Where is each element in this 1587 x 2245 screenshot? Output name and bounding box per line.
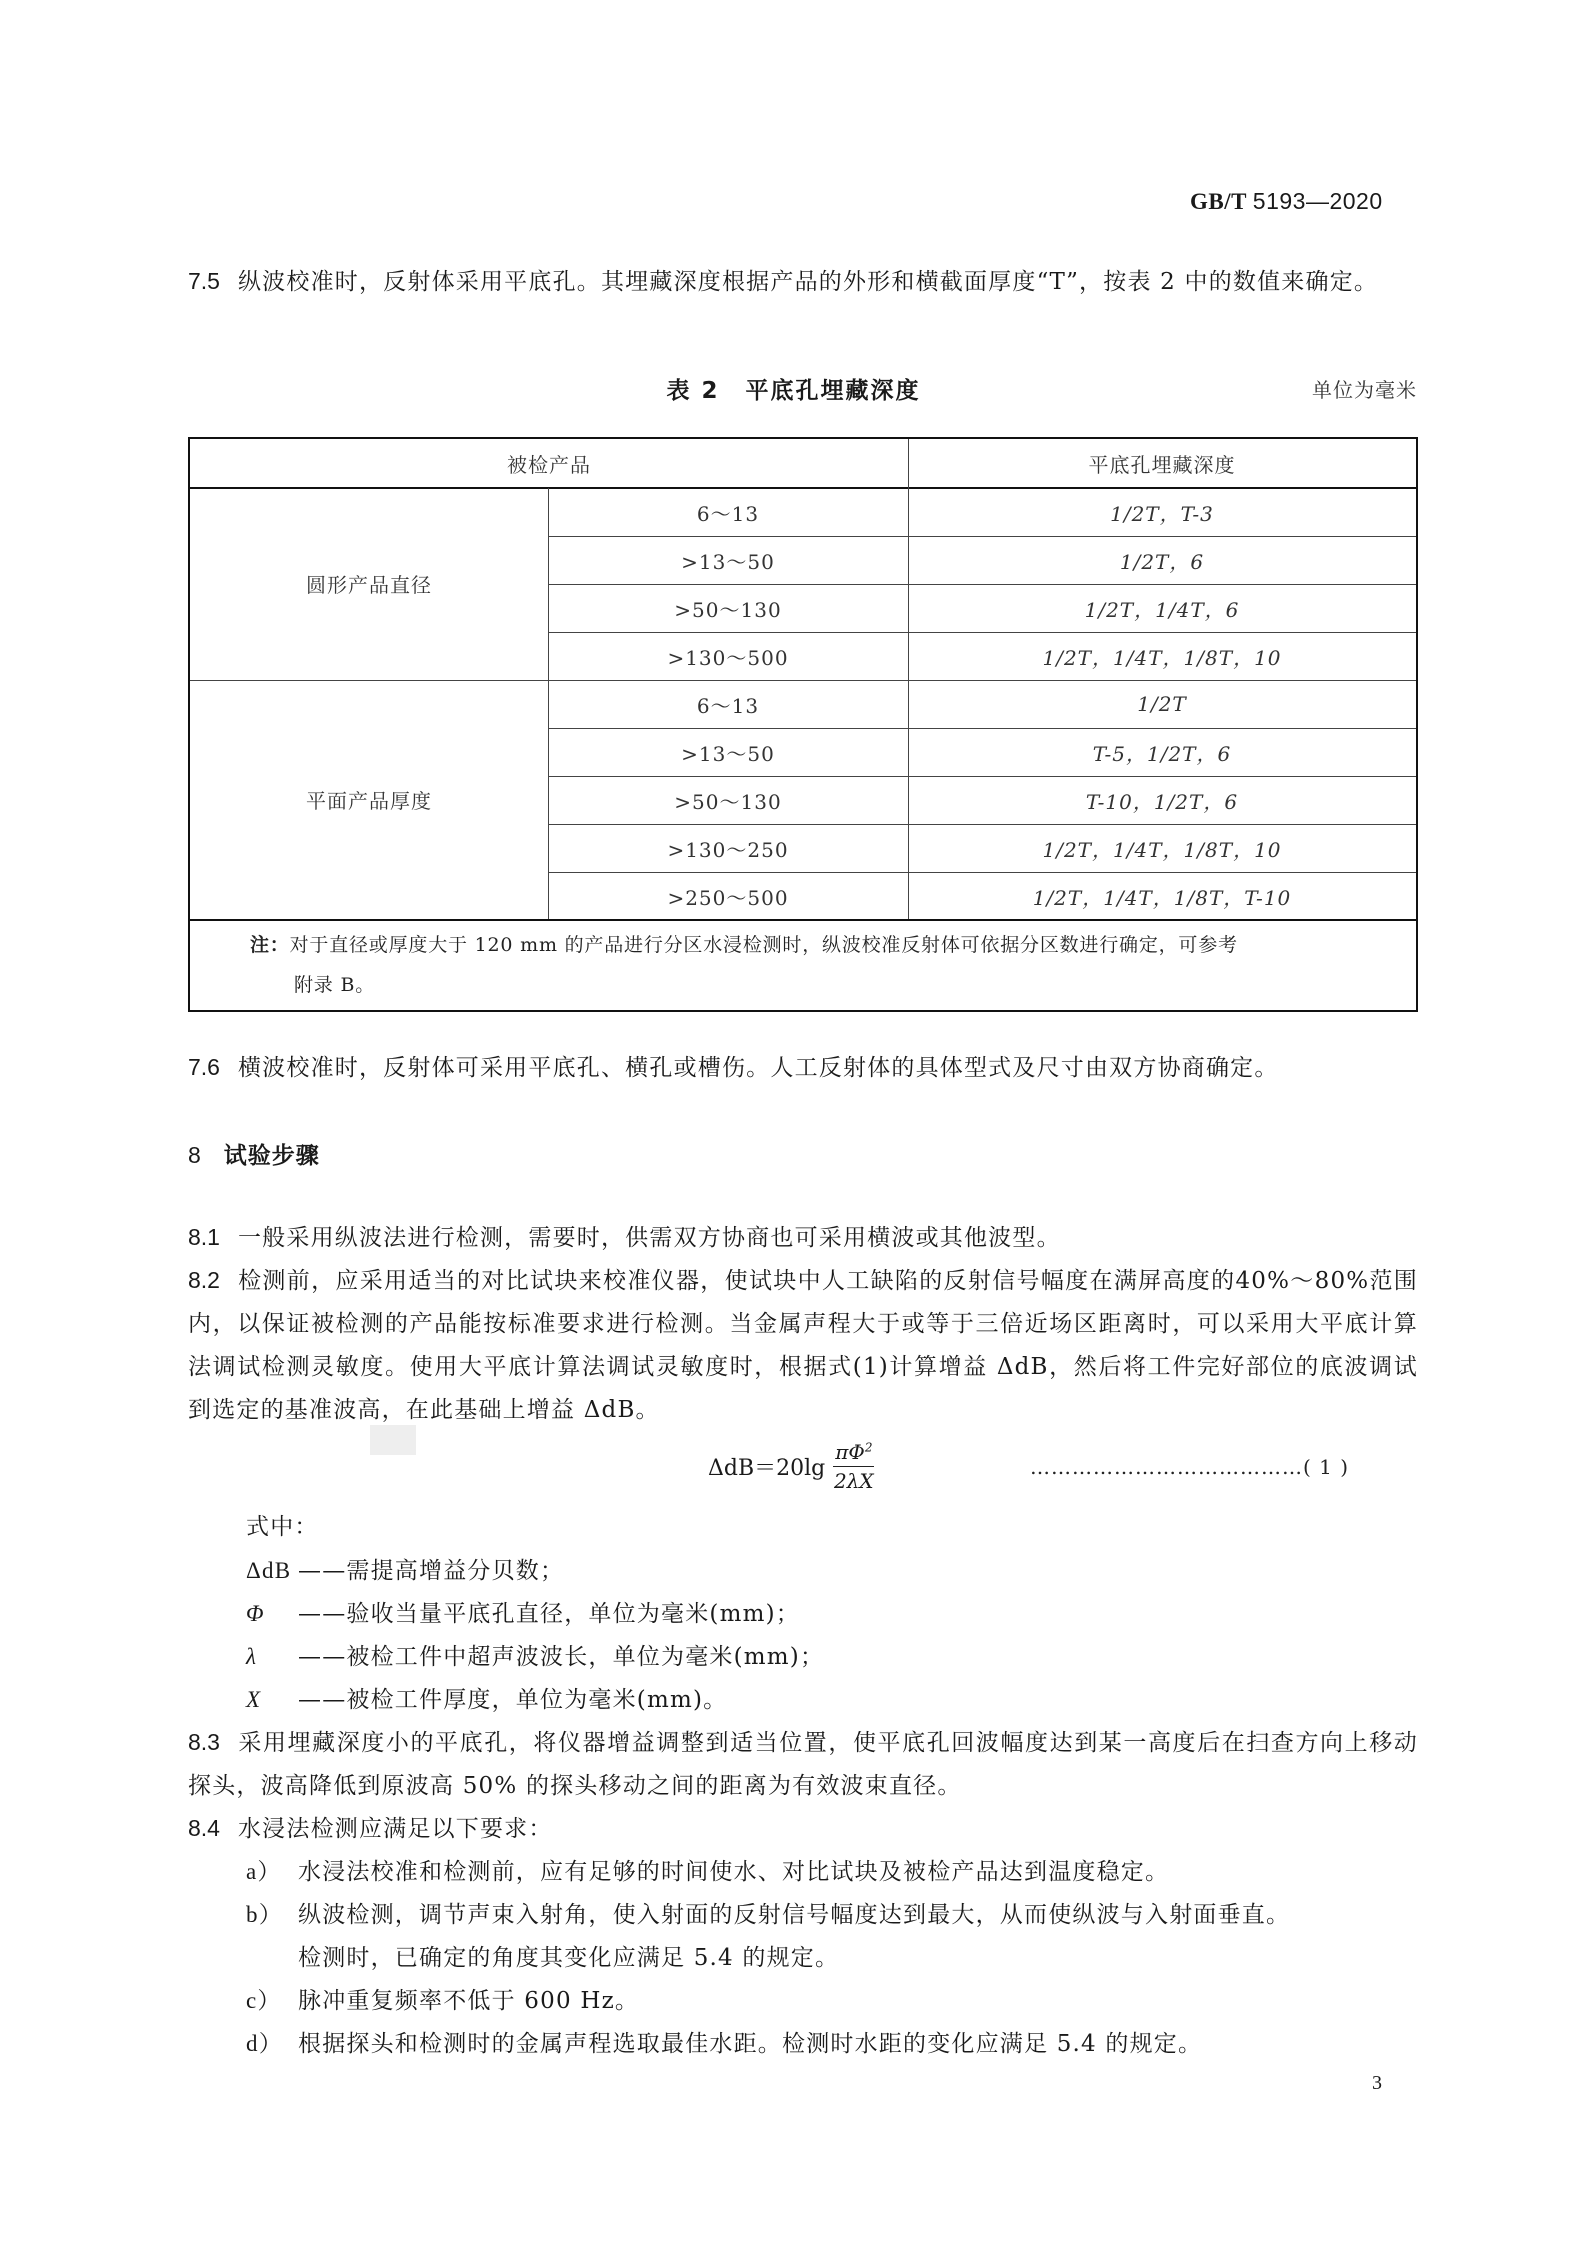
where-desc: ——被检工件厚度，单位为毫米(mm)。 [298, 1687, 727, 1713]
clause-text: 横波校准时，反射体可采用平底孔、横孔或槽伤。人工反射体的具体型式及尺寸由双方协商… [238, 1055, 1279, 1081]
clause-7-5: 7.5纵波校准时，反射体采用平底孔。其埋藏深度根据产品的外形和横截面厚度“T”，… [188, 260, 1418, 304]
clause-text: 水浸法检测应满足以下要求： [238, 1816, 553, 1842]
standard-prefix: GB/T [1190, 189, 1247, 214]
list-item-d: d）根据探头和检测时的金属声程选取最佳水距。检测时水距的变化应满足 5.4 的规… [246, 2022, 1418, 2066]
note-text-line1: 对于直径或厚度大于 120 mm 的产品进行分区水浸检测时，纵波校准反射体可依据… [290, 934, 1238, 956]
where-desc: ——需提高增益分贝数； [298, 1558, 564, 1584]
table-unit: 单位为毫米 [1312, 374, 1417, 403]
standard-number: GB/T 5193—2020 [1190, 188, 1383, 215]
where-symbol: ΔdB [246, 1549, 298, 1592]
depth-cell: T-10，1/2T，6 [908, 776, 1416, 824]
clause-8-1: 8.1一般采用纵波法进行检测，需要时，供需双方协商也可采用横波或其他波型。 [188, 1216, 1418, 1260]
clause-8-4: 8.4水浸法检测应满足以下要求： [188, 1807, 1418, 1851]
range-cell: >50～130 [548, 584, 908, 632]
where-item: Φ——验收当量平底孔直径，单位为毫米(mm)； [246, 1592, 800, 1636]
equation-number: ( 1 ) [1303, 1455, 1349, 1479]
depth-cell: 1/2T，1/4T，1/8T，T-10 [908, 872, 1416, 920]
clause-number: 8.3 [188, 1729, 220, 1755]
page-number: 3 [1372, 2072, 1382, 2095]
depth-cell: 1/2T，1/4T，1/8T，10 [908, 632, 1416, 680]
formula-exponent: 2 [865, 1440, 873, 1454]
note-label: 注： [250, 934, 290, 956]
clause-7-6: 7.6横波校准时，反射体可采用平底孔、横孔或槽伤。人工反射体的具体型式及尺寸由双… [188, 1046, 1418, 1090]
list-item-b: b）纵波检测，调节声束入射角，使入射面的反射信号幅度达到最大，从而使纵波与入射面… [246, 1893, 1418, 1980]
clause-number: 8.4 [188, 1815, 220, 1841]
depth-cell: T-5，1/2T，6 [908, 728, 1416, 776]
depth-cell: 1/2T，6 [908, 536, 1416, 584]
range-cell: >13～50 [548, 728, 908, 776]
where-symbol: Φ [246, 1592, 298, 1635]
note-text-line2: 附录 B。 [250, 965, 1360, 1005]
where-desc: ——验收当量平底孔直径，单位为毫米(mm)； [298, 1601, 800, 1627]
leader-dots: ………………………………… [1030, 1455, 1303, 1479]
list-marker: b） [246, 1893, 298, 1936]
group-label-flat: 平面产品厚度 [190, 680, 548, 919]
list-text: 水浸法校准和检测前，应有足够的时间使水、对比试块及被检产品达到温度稳定。 [298, 1859, 1169, 1885]
clause-text: 一般采用纵波法进行检测，需要时，供需双方协商也可采用横波或其他波型。 [238, 1225, 1061, 1251]
list-item-c: c）脉冲重复频率不低于 600 Hz。 [246, 1979, 1418, 2023]
clause-number: 8.1 [188, 1224, 220, 1250]
where-symbol: λ [246, 1635, 298, 1678]
list-text: 脉冲重复频率不低于 600 Hz。 [298, 1988, 639, 2014]
range-cell: 6～13 [548, 680, 908, 728]
range-cell: >250～500 [548, 872, 908, 920]
table-number: 表 2 [666, 378, 719, 404]
list-marker: a） [246, 1850, 298, 1893]
formula-fraction: πΦ2 2λX [833, 1440, 874, 1493]
list-text: 根据探头和检测时的金属声程选取最佳水距。检测时水距的变化应满足 5.4 的规定。 [298, 2031, 1202, 2057]
list-marker: c） [246, 1979, 298, 2022]
where-item: X——被检工件厚度，单位为毫米(mm)。 [246, 1678, 727, 1722]
header-cell-depth: 平底孔埋藏深度 [908, 439, 1416, 487]
depth-cell: 1/2T，1/4T，6 [908, 584, 1416, 632]
clause-number: 8.2 [188, 1267, 220, 1293]
list-text: 纵波检测，调节声束入射角，使入射面的反射信号幅度达到最大，从而使纵波与入射面垂直… [298, 1902, 1290, 1928]
range-cell: >130～250 [548, 824, 908, 872]
clause-text: 检测前，应采用适当的对比试块来校准仪器，使试块中人工缺陷的反射信号幅度在满屏高度… [188, 1268, 1418, 1423]
clause-8-3: 8.3采用埋藏深度小的平底孔，将仪器增益调整到适当位置，使平底孔回波幅度达到某一… [188, 1721, 1418, 1808]
clause-text: 纵波校准时，反射体采用平底孔。其埋藏深度根据产品的外形和横截面厚度“T”，按表 … [238, 269, 1378, 295]
section-title: 试验步骤 [224, 1143, 320, 1169]
list-marker: d） [246, 2022, 298, 2065]
formula-lhs: ΔdB＝20lg [708, 1451, 825, 1482]
standard-code: 5193—2020 [1253, 188, 1383, 214]
range-cell: 6～13 [548, 488, 908, 536]
clause-text: 采用埋藏深度小的平底孔，将仪器增益调整到适当位置，使平底孔回波幅度达到某一高度后… [188, 1730, 1418, 1799]
clause-number: 7.5 [188, 268, 220, 294]
depth-cell: 1/2T [908, 680, 1416, 728]
table-title-text: 平底孔埋藏深度 [746, 378, 921, 404]
list-item-a: a）水浸法校准和检测前，应有足够的时间使水、对比试块及被检产品达到温度稳定。 [246, 1850, 1418, 1894]
range-cell: >13～50 [548, 536, 908, 584]
section-8-heading: 8试验步骤 [188, 1137, 320, 1170]
clause-8-2: 8.2检测前，应采用适当的对比试块来校准仪器，使试块中人工缺陷的反射信号幅度在满… [188, 1259, 1418, 1432]
where-item: λ——被检工件中超声波波长，单位为毫米(mm)； [246, 1635, 824, 1679]
list-text-continuation: 检测时，已确定的角度其变化应满足 5.4 的规定。 [246, 1937, 1418, 1980]
where-symbol: X [246, 1678, 298, 1721]
where-intro: 式中： [246, 1506, 319, 1549]
table-note: 注：对于直径或厚度大于 120 mm 的产品进行分区水浸检测时，纵波校准反射体可… [190, 921, 1416, 1010]
range-cell: >50～130 [548, 776, 908, 824]
where-desc: ——被检工件中超声波波长，单位为毫米(mm)； [298, 1644, 824, 1670]
formula-denominator: 2λX [834, 1467, 874, 1493]
clause-number: 7.6 [188, 1054, 220, 1080]
section-number: 8 [188, 1142, 202, 1168]
depth-cell: 1/2T，T-3 [908, 488, 1416, 536]
where-item: ΔdB——需提高增益分贝数； [246, 1549, 564, 1593]
range-cell: >130～500 [548, 632, 908, 680]
formula-leader: …………………………………( 1 ) [1030, 1455, 1349, 1479]
header-cell-product: 被检产品 [190, 439, 908, 487]
scan-artifact [370, 1425, 416, 1455]
depth-cell: 1/2T，1/4T，1/8T，10 [908, 824, 1416, 872]
formula-1: ΔdB＝20lg πΦ2 2λX [708, 1440, 874, 1493]
table-2: 被检产品 平底孔埋藏深度 圆形产品直径 6～13 1/2T，T-3 >13～50… [188, 437, 1418, 1012]
formula-numerator: πΦ [835, 1440, 865, 1464]
group-label-round: 圆形产品直径 [190, 488, 548, 679]
